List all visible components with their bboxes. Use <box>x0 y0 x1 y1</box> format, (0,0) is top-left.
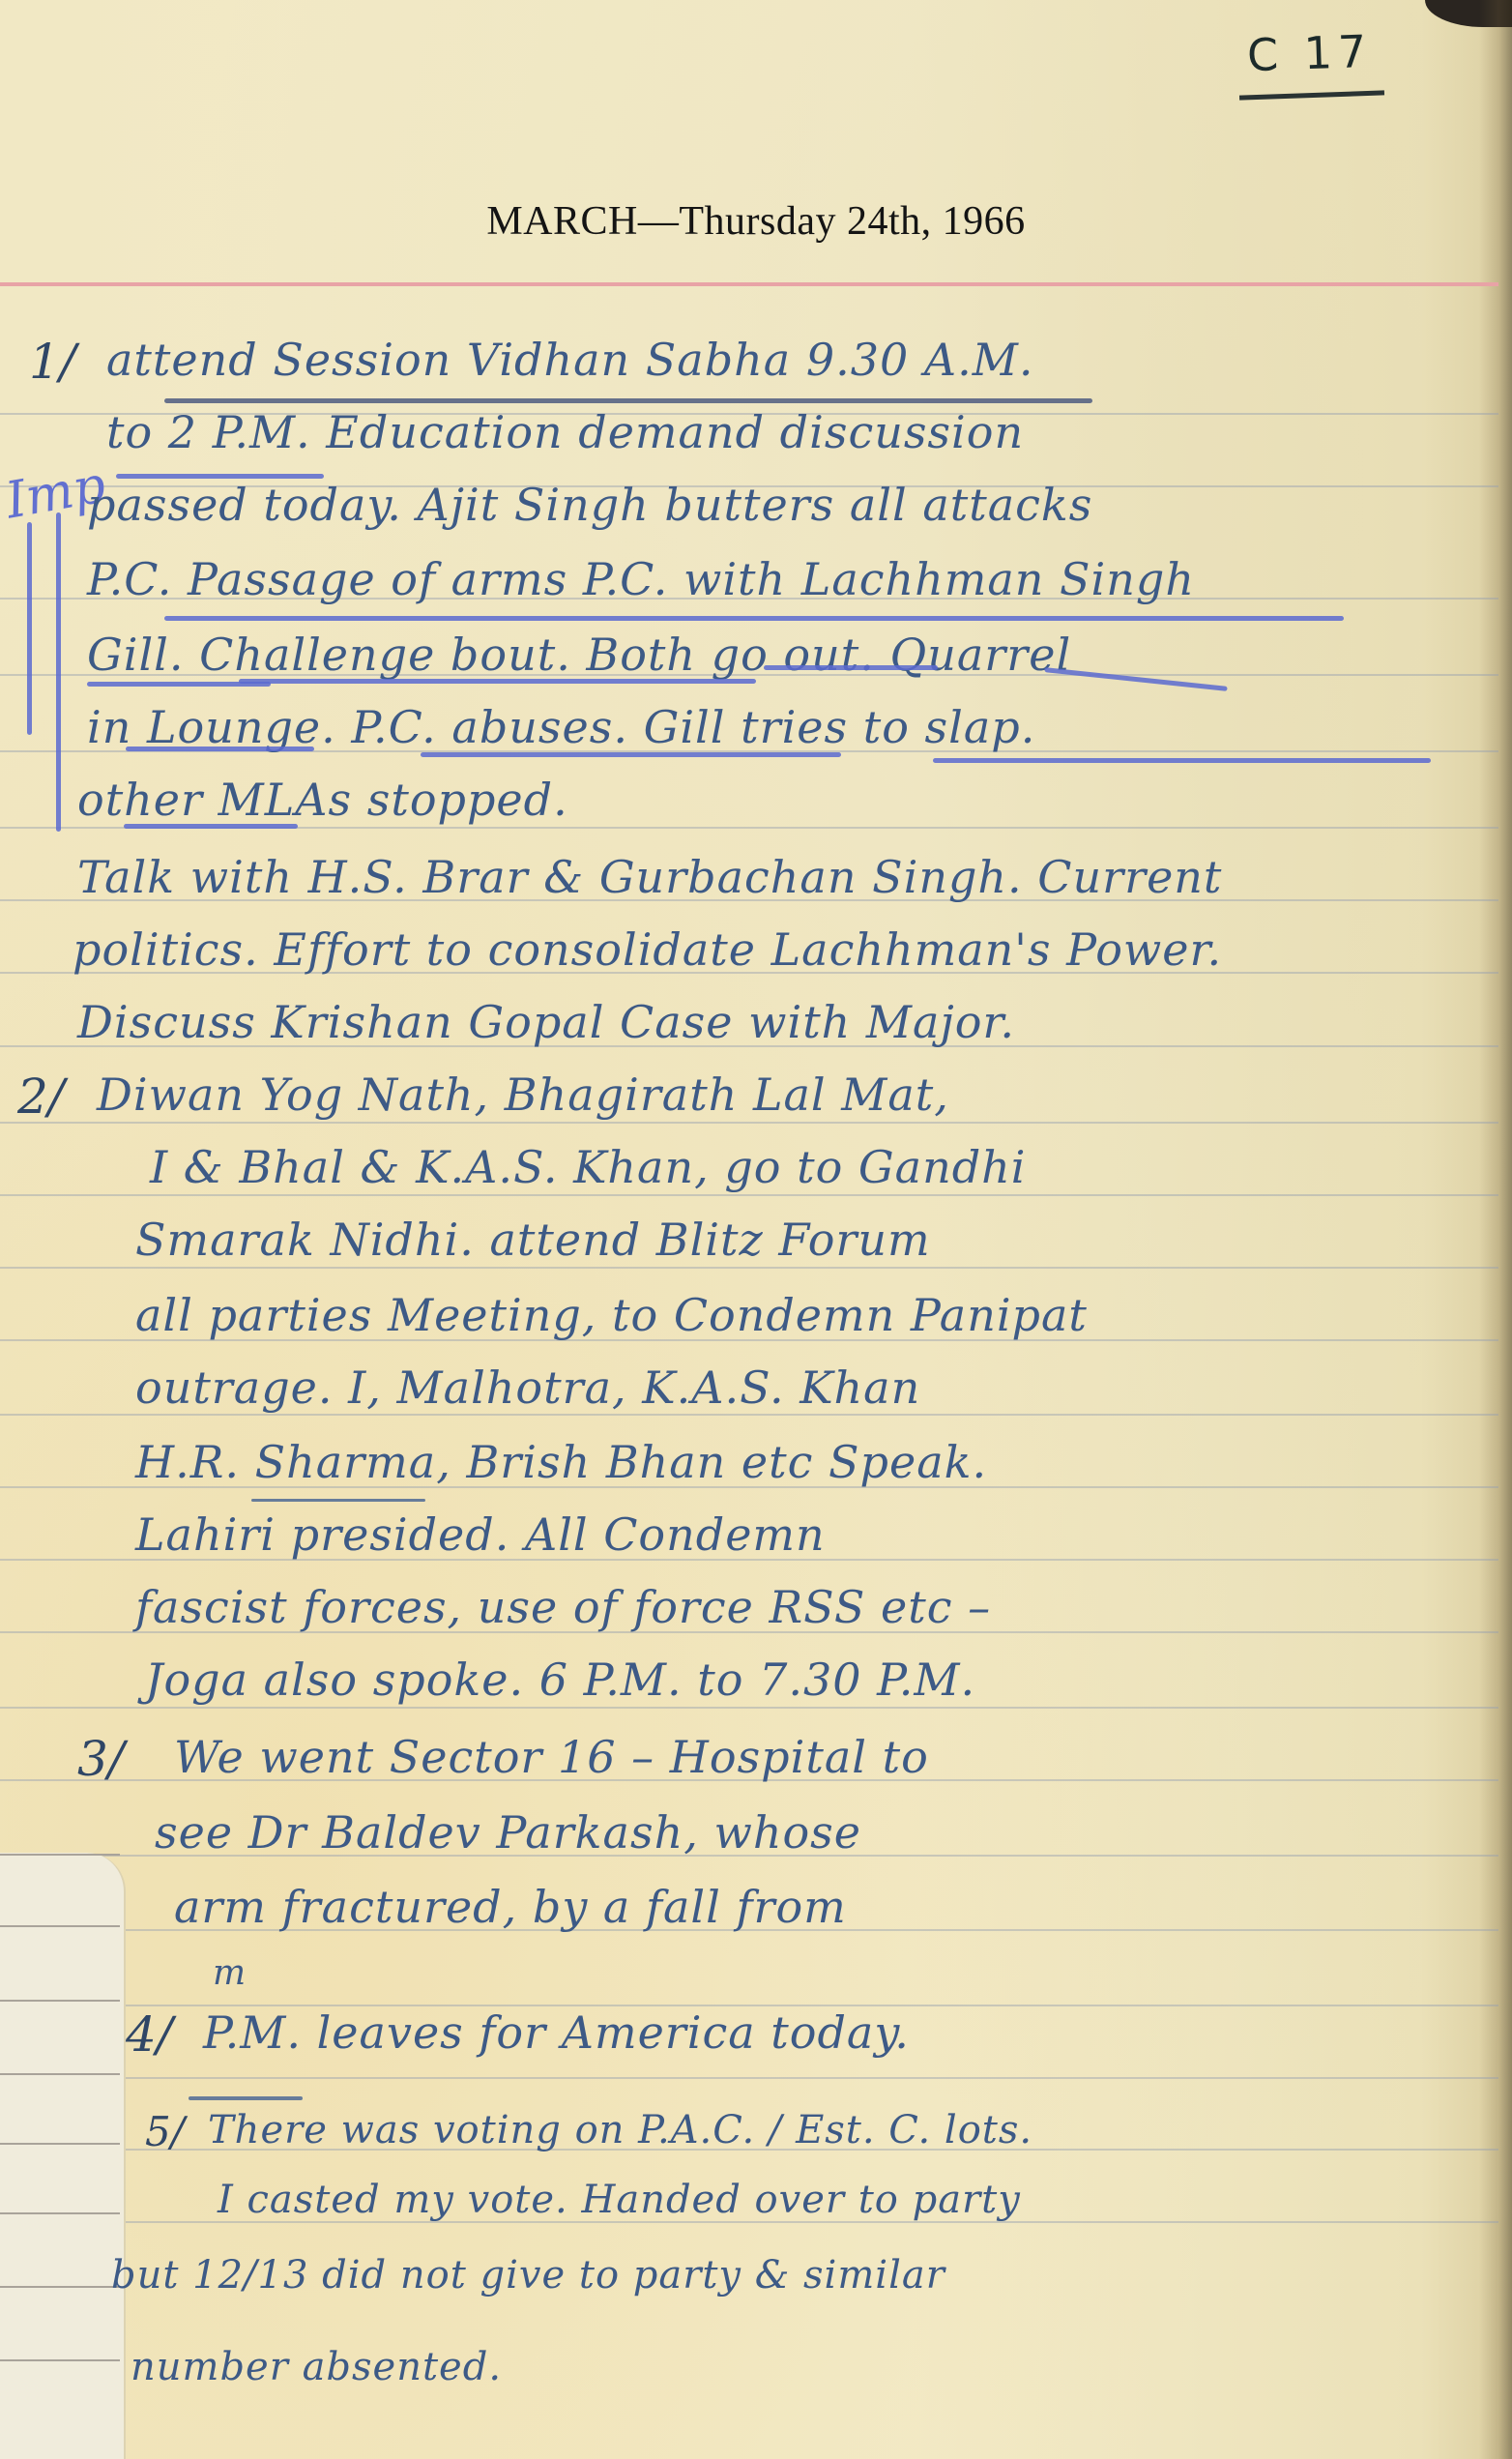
underline-mark <box>124 824 298 829</box>
entry-line: P.C. Passage of arms P.C. with Lachhman … <box>87 553 1195 605</box>
entry-number: 4/ <box>126 2006 173 2063</box>
entry-line: There was voting on P.A.C. / Est. C. lot… <box>208 2108 1032 2152</box>
entry-line: Talk with H.S. Brar & Gurbachan Singh. C… <box>77 851 1222 903</box>
tab-ruled-line <box>0 1854 120 1856</box>
entry-line: Joga also spoke. 6 P.M. to 7.30 P.M. <box>145 1654 975 1706</box>
entry-line: I casted my vote. Handed over to party <box>218 2178 1021 2222</box>
ruled-line <box>0 1267 1498 1269</box>
ruled-line <box>0 2077 1498 2079</box>
entry-number: 3/ <box>77 1731 125 1787</box>
tab-ruled-line <box>0 2143 120 2145</box>
entry-line: Diwan Yog Nath, Bhagirath Lal Mat, <box>97 1068 949 1121</box>
entry-line: all parties Meeting, to Condemn Panipat <box>135 1289 1088 1341</box>
page-edge-shadow <box>1479 0 1512 2459</box>
date-heading: MARCH—Thursday 24th, 1966 <box>0 198 1512 245</box>
tab-ruled-line <box>0 2073 120 2075</box>
entry-line: to 2 P.M. Education demand discussion <box>106 406 1024 458</box>
underline-mark <box>933 758 1431 763</box>
entry-line: number absented. <box>131 2345 502 2389</box>
tab-ruled-line <box>0 2286 120 2288</box>
margin-bracket <box>27 522 32 735</box>
diary-page: C 17 MARCH—Thursday 24th, 1966 Imp 1/ a <box>0 0 1512 2459</box>
entry-line: Smarak Nidhi. attend Blitz Forum <box>135 1214 931 1266</box>
entry-line: P.M. leaves for America today. <box>203 2006 910 2059</box>
entry-line: fascist forces, use of force RSS etc – <box>135 1581 991 1633</box>
tab-ruled-line <box>0 2000 120 2002</box>
entry-line: outrage. I, Malhotra, K.A.S. Khan <box>135 1361 920 1414</box>
entry-line: politics. Effort to consolidate Lachhman… <box>73 923 1222 976</box>
underline-mark <box>164 398 1092 403</box>
underline-mark <box>126 746 314 751</box>
entry-line: other MLAs stopped. <box>77 774 568 826</box>
underline-mark <box>764 665 938 670</box>
underline-mark <box>421 752 841 757</box>
header-rule <box>0 282 1498 286</box>
underline-mark <box>116 474 324 479</box>
ruled-line <box>0 1122 1498 1124</box>
index-tab-strip <box>0 1853 126 2459</box>
entry-number: 2/ <box>17 1068 65 1125</box>
underline-mark <box>1044 667 1227 691</box>
underline-mark <box>189 2096 303 2100</box>
underline-mark <box>164 616 1344 621</box>
entry-line: attend Session Vidhan Sabha 9.30 A.M. <box>106 334 1033 386</box>
underline-mark <box>251 1499 425 1502</box>
entry-line: arm fractured, by a fall from <box>174 1881 847 1933</box>
entry-line: H.R. Sharma, Brish Bhan etc Speak. <box>135 1436 987 1488</box>
entry-line: in Lounge. P.C. abuses. Gill tries to sl… <box>87 701 1035 753</box>
ruled-line <box>0 1707 1498 1709</box>
entry-line: m <box>213 1953 247 1993</box>
page-reference: C 17 <box>1246 25 1373 81</box>
entry-line: Discuss Krishan Gopal Case with Major. <box>77 996 1015 1048</box>
tab-ruled-line <box>0 2212 120 2214</box>
tab-ruled-line <box>0 1925 120 1927</box>
entry-number: 5/ <box>145 2108 185 2155</box>
margin-bracket <box>56 512 61 832</box>
entry-number: 1/ <box>29 334 76 390</box>
ruled-line <box>0 1414 1498 1416</box>
entry-line: passed today. Ajit Singh butters all att… <box>87 479 1092 531</box>
entry-line: I & Bhal & K.A.S. Khan, go to Gandhi <box>150 1141 1027 1193</box>
page-reference-underline <box>1239 90 1384 100</box>
ruled-line <box>0 1194 1498 1196</box>
entry-line: Lahiri presided. All Condemn <box>135 1508 826 1561</box>
tab-ruled-line <box>0 2359 120 2361</box>
entry-line: see Dr Baldev Parkash, whose <box>155 1806 861 1859</box>
entry-line: but 12/13 did not give to party & simila… <box>111 2253 945 2298</box>
entry-line: Gill. Challenge bout. Both go out. Quarr… <box>87 629 1071 681</box>
entry-line: We went Sector 16 – Hospital to <box>174 1731 929 1783</box>
underline-mark <box>239 679 756 684</box>
